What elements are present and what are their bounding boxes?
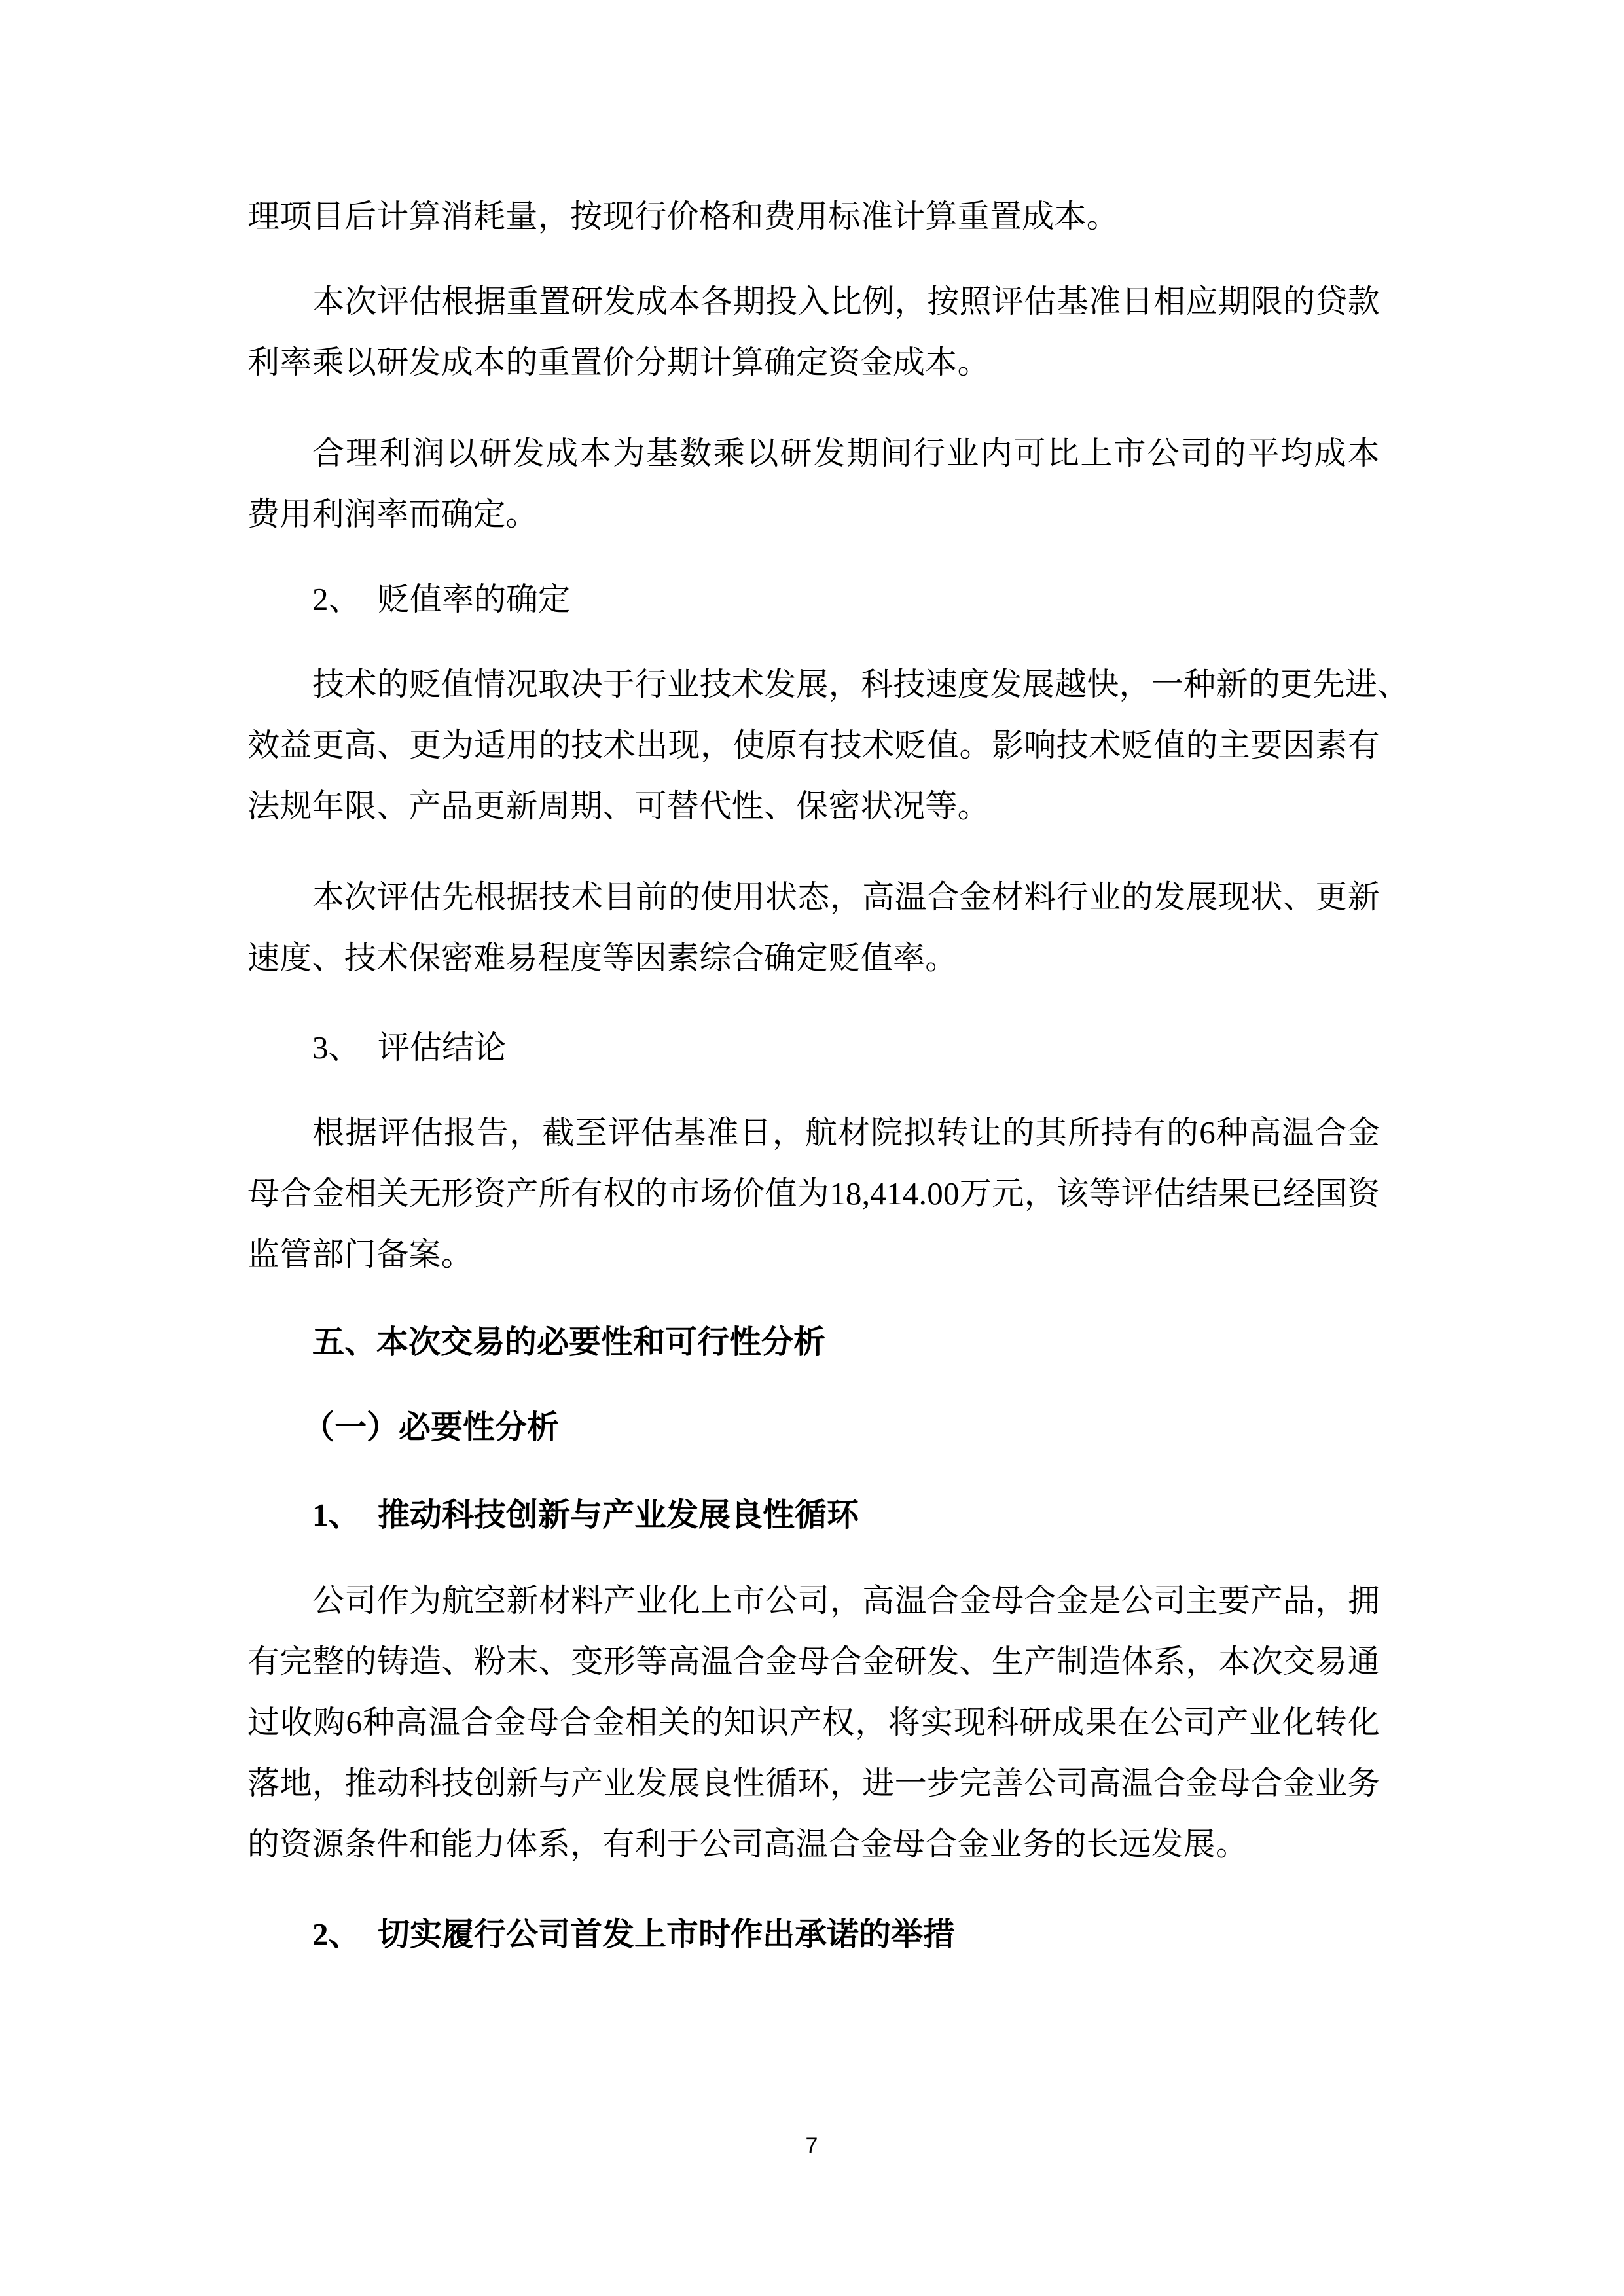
page-number: 7 (799, 2132, 825, 2159)
paragraph-line: 公司作为航空新材料产业化上市公司，高温合金母合金是公司主要产品，拥 (312, 1583, 1380, 1619)
paragraph-line: 有完整的铸造、粉末、变形等高温合金母合金研发、生产制造体系，本次交易通 (247, 1643, 1380, 1680)
heading-text: 五、本次交易的必要性和可行性分析 (312, 1324, 825, 1360)
paragraph-line: 本次评估根据重置研发成本各期投入比例，按照评估基准日相应期限的贷款 (312, 283, 1380, 320)
paragraph-line: 效益更高、更为适用的技术出现，使原有技术贬值。影响技术贬值的主要因素有 (247, 727, 1380, 764)
subheading-depreciation-rate: 2、贬值率的确定 (312, 581, 570, 618)
paragraph-line: 的资源条件和能力体系，有利于公司高温合金母合金业务的长远发展。 (247, 1826, 1380, 1863)
heading-number: 3、 (312, 1030, 378, 1066)
paragraph-line: 速度、技术保密难易程度等因素综合确定贬值率。 (247, 940, 1380, 977)
paragraph-line: 利率乘以研发成本的重置价分期计算确定资金成本。 (247, 344, 1380, 381)
heading-text: 推动科技创新与产业发展良性循环 (378, 1497, 859, 1533)
heading-text: 贬值率的确定 (378, 581, 570, 617)
subheading-valuation-conclusion: 3、评估结论 (312, 1030, 506, 1066)
subheading-fulfill-ipo-commitment: 2、切实履行公司首发上市时作出承诺的举措 (312, 1916, 955, 1953)
heading-text: （一）必要性分析 (302, 1409, 559, 1445)
paragraph-line: 费用利润率而确定。 (247, 496, 1380, 533)
paragraph-line: 理项目后计算消耗量，按现行价格和费用标准计算重置成本。 (247, 198, 1380, 235)
heading-number: 1、 (312, 1497, 378, 1534)
heading-text: 评估结论 (378, 1030, 506, 1066)
paragraph-line: 合理利润以研发成本为基数乘以研发期间行业内可比上市公司的平均成本 (312, 435, 1380, 472)
paragraph-line: 过收购6种高温合金母合金相关的知识产权，将实现科研成果在公司产业化转化 (247, 1704, 1380, 1741)
paragraph-line: 本次评估先根据技术目前的使用状态，高温合金材料行业的发展现状、更新 (312, 879, 1380, 916)
paragraph-line: 法规年限、产品更新周期、可替代性、保密状况等。 (247, 788, 1380, 825)
paragraph-line: 母合金相关无形资产所有权的市场价值为18,414.00万元，该等评估结果已经国资 (247, 1175, 1380, 1212)
section-heading-necessity-feasibility: 五、本次交易的必要性和可行性分析 (312, 1324, 825, 1361)
subheading-promote-innovation: 1、推动科技创新与产业发展良性循环 (312, 1497, 859, 1534)
paragraph-line: 根据评估报告，截至评估基准日，航材院拟转让的其所持有的6种高温合金 (312, 1115, 1380, 1151)
paragraph-line: 监管部门备案。 (247, 1236, 1380, 1273)
heading-text: 切实履行公司首发上市时作出承诺的举措 (378, 1916, 955, 1952)
paragraph-line: 落地，推动科技创新与产业发展良性循环，进一步完善公司高温合金母合金业务 (247, 1765, 1380, 1802)
heading-number: 2、 (312, 581, 378, 618)
document-page: 理项目后计算消耗量，按现行价格和费用标准计算重置成本。 本次评估根据重置研发成本… (0, 0, 1624, 2296)
paragraph-line: 技术的贬值情况取决于行业技术发展，科技速度发展越快，一种新的更先进、 (312, 666, 1380, 703)
subsection-heading-necessity: （一）必要性分析 (302, 1409, 559, 1446)
heading-number: 2、 (312, 1916, 378, 1953)
